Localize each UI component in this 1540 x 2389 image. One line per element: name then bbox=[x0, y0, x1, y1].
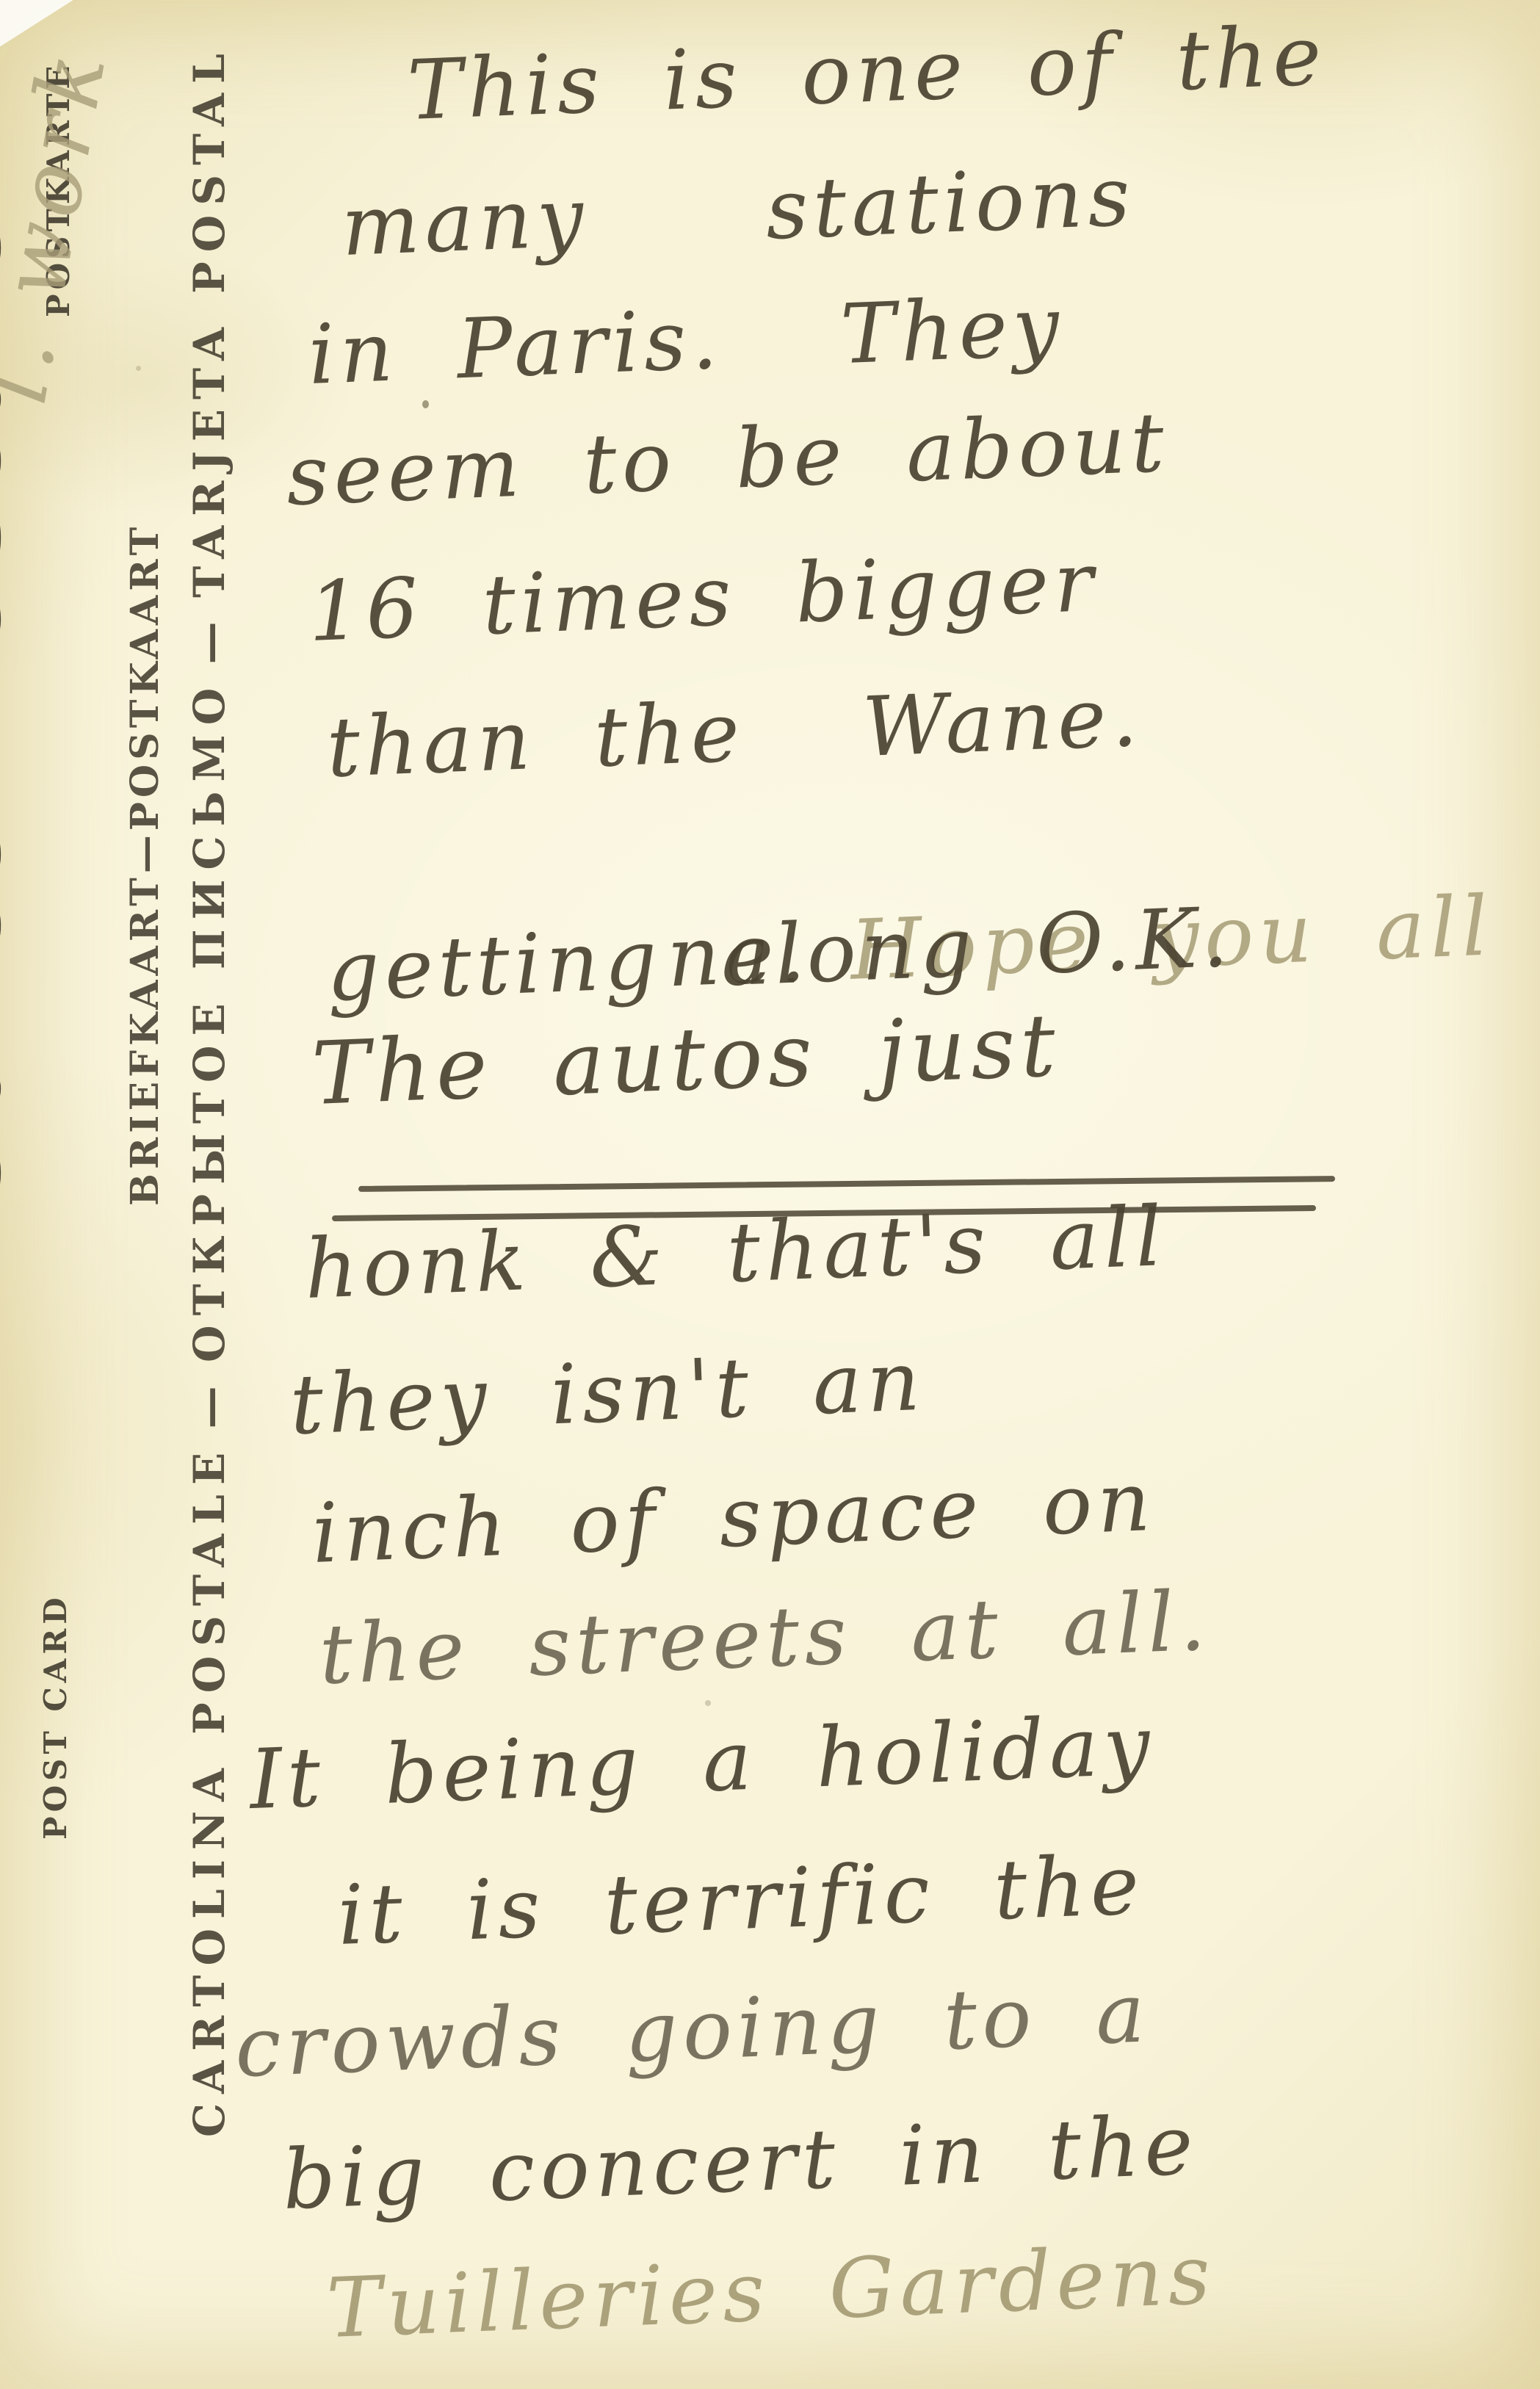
postcard-back: POST CARD Carte Postale POSTKARTE BRIEFK… bbox=[0, 0, 1540, 2389]
handwriting-line: than the Wane. bbox=[325, 670, 1145, 795]
printed-title-english: POST CARD bbox=[40, 1593, 72, 1840]
handwriting-line: inch of space on bbox=[311, 1455, 1157, 1582]
handwriting-line: This is one of the bbox=[406, 9, 1328, 139]
handwriting-line: It being a holiday bbox=[248, 1699, 1157, 1828]
printed-title-flemish: POSTKAART bbox=[125, 523, 166, 831]
handwriting-line: many stations bbox=[340, 150, 1137, 275]
margin-note-handwriting: l. work bbox=[0, 39, 127, 411]
printed-line-dutch-flemish: BRIEFKAART — POSTKAART bbox=[125, 585, 166, 1206]
printed-title-italian: CARTOLINA POSTALE bbox=[187, 1443, 232, 2137]
handwriting-line: Tuilleries Gardens bbox=[325, 2228, 1218, 2357]
separator-dash: — bbox=[125, 831, 166, 873]
handwriting-line: the streets at all. bbox=[318, 1574, 1212, 1702]
printed-line-italian-russian-spanish: CARTOLINA POSTALE — ОТКРЫТОЕ ПИСЬМО — TA… bbox=[187, 44, 232, 2137]
handwriting-line: it is terrific the bbox=[336, 1838, 1146, 1964]
handwriting-line: they isn't an bbox=[289, 1334, 927, 1453]
paper-speck bbox=[422, 400, 429, 408]
handwriting-line: crowds going to a bbox=[234, 1966, 1152, 2096]
handwriting-line: in Paris. They bbox=[307, 280, 1066, 403]
paper-speck bbox=[705, 1700, 711, 1706]
printed-title-russian: ОТКРЫТОЕ ПИСЬМО bbox=[187, 679, 232, 1362]
handwriting-line: seem to be about bbox=[285, 396, 1171, 524]
handwriting-line: honk & that's all bbox=[303, 1190, 1169, 1318]
printed-title-spanish: TARJETA POSTAL bbox=[187, 44, 232, 598]
printed-title-dutch: BRIEFKAART bbox=[125, 873, 166, 1206]
handwriting-line: 16 times bigger bbox=[307, 535, 1100, 660]
paper-speck bbox=[136, 366, 141, 371]
separator-dash: — bbox=[187, 1376, 232, 1428]
emphasis-underline-top bbox=[358, 1176, 1335, 1192]
handwriting-line: big concert in the bbox=[281, 2098, 1200, 2228]
separator-dash: — bbox=[187, 612, 232, 664]
